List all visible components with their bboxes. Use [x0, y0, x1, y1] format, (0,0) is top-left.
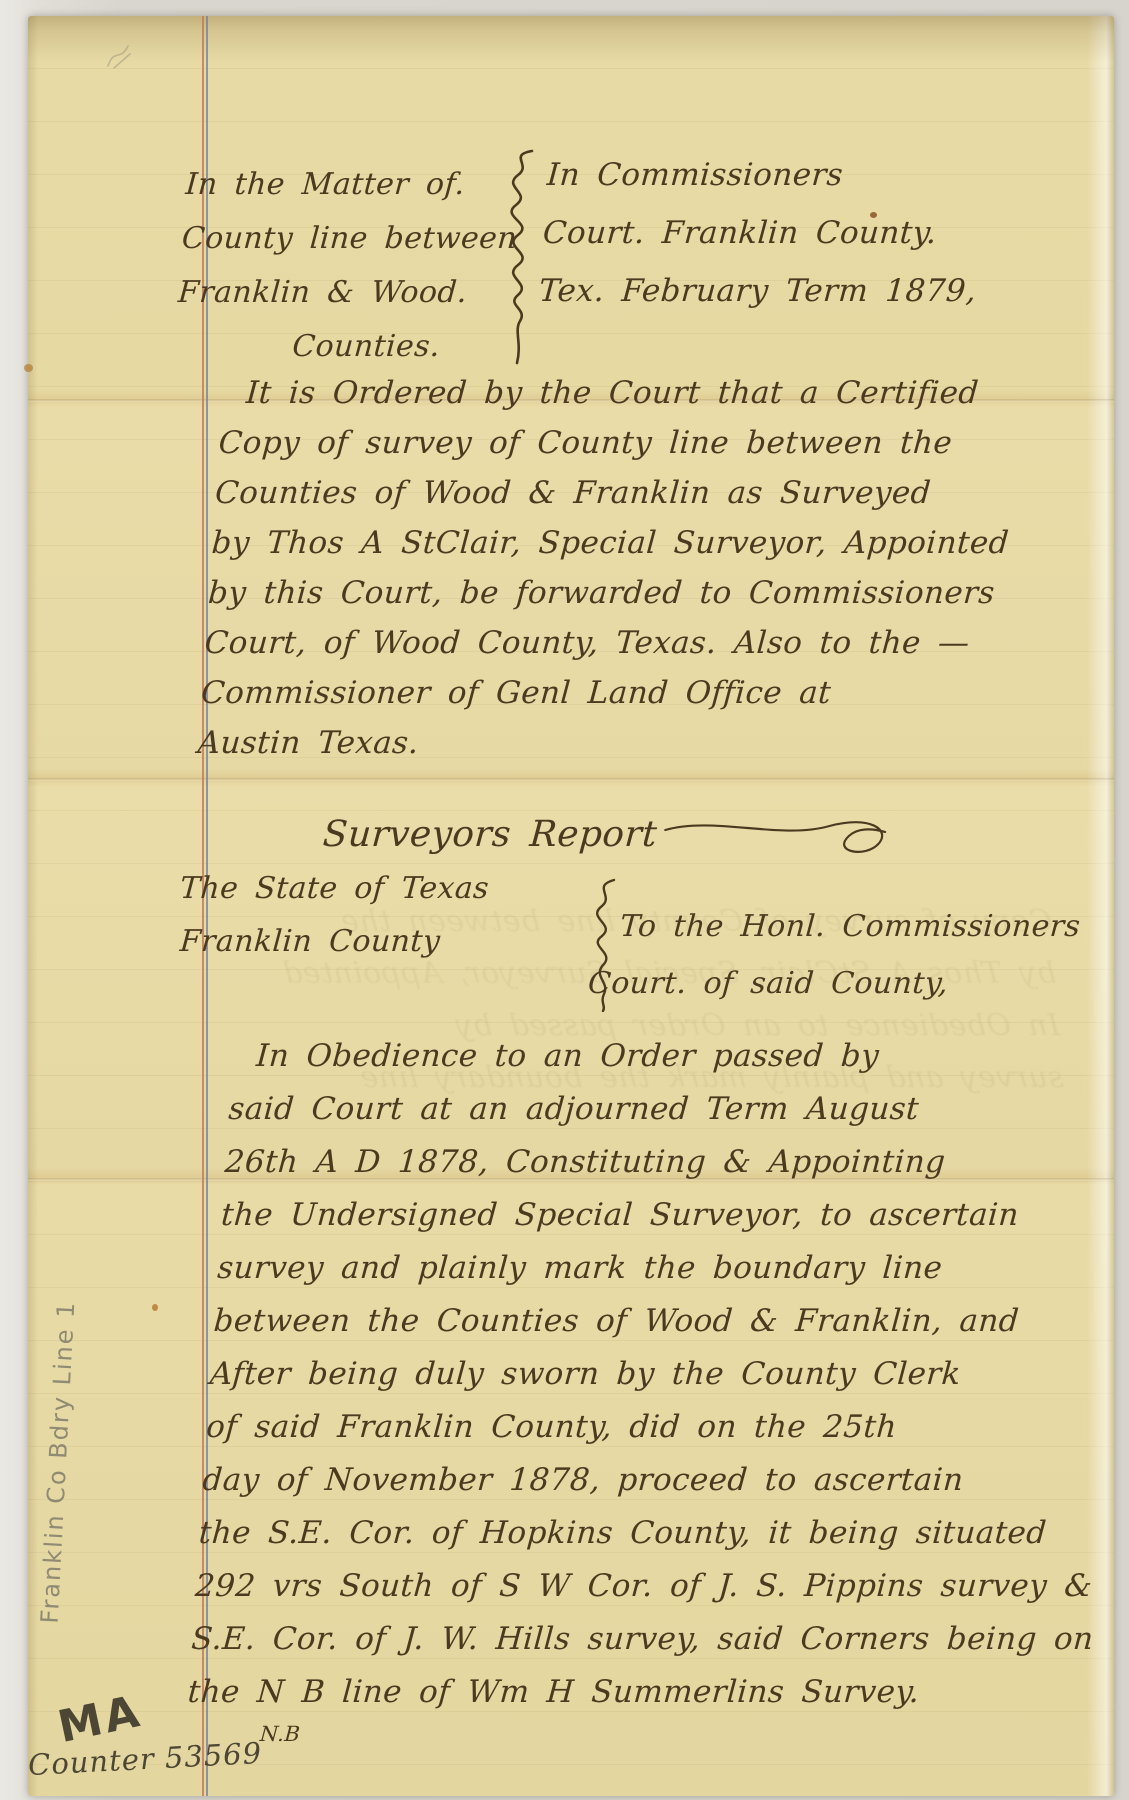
caption-line: Franklin & Wood.	[176, 266, 515, 320]
handwritten-line: Copy of survey of County line between th…	[217, 418, 1050, 468]
handwritten-line: 292 vrs South of S W Cor. of J. S. Pippi…	[193, 1560, 1037, 1613]
manuscript-paper: Copy of survey of County line between th…	[28, 16, 1114, 1796]
surveyor-report-paragraph: In Obedience to an Order passed by said …	[186, 1030, 1074, 1719]
handwritten-line: the Undersigned Special Surveyor, to asc…	[219, 1189, 1063, 1242]
handwritten-line: After being duly sworn by the County Cle…	[208, 1348, 1052, 1401]
handwritten-line: by this Court, be forwarded to Commissio…	[207, 568, 1040, 618]
handwritten-line: Counties of Wood & Franklin as Surveyed	[213, 468, 1046, 518]
heading-text: Surveyors Report	[322, 814, 659, 855]
handwritten-line: of said Franklin County, did on the 25th	[204, 1401, 1048, 1454]
pencil-scribble	[104, 42, 144, 76]
case-caption-left: In the Matter of. County line between Fr…	[172, 158, 522, 374]
surveyors-report-heading: Surveyors Report	[321, 808, 895, 860]
attestation-addressee: To the Honl. Commissioners	[619, 909, 1082, 944]
handwritten-line: between the Counties of Wood & Franklin,…	[212, 1295, 1056, 1348]
handwritten-line: Court, of Wood County, Texas. Also to th…	[203, 618, 1036, 668]
fold-crease	[28, 778, 1114, 781]
caption-line: Counties.	[172, 320, 511, 374]
caption-line: In Commissioners	[545, 146, 986, 204]
case-caption-right: In Commissioners Court. Franklin County.…	[537, 146, 986, 320]
handwritten-line: S.E. Cor. of J. W. Hills survey, said Co…	[190, 1613, 1034, 1666]
ink-stain	[152, 1304, 158, 1311]
vertical-label-text: Franklin Co Bdry Line 1	[36, 1300, 81, 1624]
handwritten-line: survey and plainly mark the boundary lin…	[216, 1242, 1060, 1295]
caption-brace	[486, 148, 548, 370]
attestation-state: The State of Texas	[179, 871, 490, 906]
clerk-initials: N.B	[259, 1722, 301, 1746]
handwritten-line: said Court at an adjourned Term August	[227, 1083, 1071, 1136]
handwritten-line: Commissioner of Genl Land Office at	[200, 668, 1033, 718]
scanned-document-page: Copy of survey of County line between th…	[0, 0, 1129, 1800]
court-order-paragraph: It is Ordered by the Court that a Certif…	[196, 368, 1054, 768]
handwritten-line: day of November 1878, proceed to ascerta…	[201, 1454, 1045, 1507]
pen-flourish	[661, 808, 895, 860]
caption-line: Court. Franklin County.	[541, 204, 982, 262]
ink-stain	[24, 364, 33, 372]
handwritten-line: the N B line of Wm H Summerlins Survey.	[186, 1666, 1030, 1719]
handwritten-line: Austin Texas.	[196, 718, 1029, 768]
attestation-county: Franklin County	[179, 924, 442, 959]
caption-line: Tex. February Term 1879,	[537, 262, 978, 320]
margin-vertical-label: Franklin Co Bdry Line 1	[34, 1206, 82, 1718]
handwritten-line: It is Ordered by the Court that a Certif…	[220, 368, 1053, 418]
handwritten-line: 26th A D 1878, Constituting & Appointing	[223, 1136, 1067, 1189]
handwritten-line: by Thos A StClair, Special Surveyor, App…	[210, 518, 1043, 568]
caption-line: County line between	[180, 212, 519, 266]
attestation-addressee: Court. of said County,	[587, 966, 950, 1001]
caption-line: In the Matter of.	[184, 158, 523, 212]
handwritten-line: the S.E. Cor. of Hopkins County, it bein…	[197, 1507, 1041, 1560]
handwritten-line: In Obedience to an Order passed by	[230, 1030, 1074, 1083]
